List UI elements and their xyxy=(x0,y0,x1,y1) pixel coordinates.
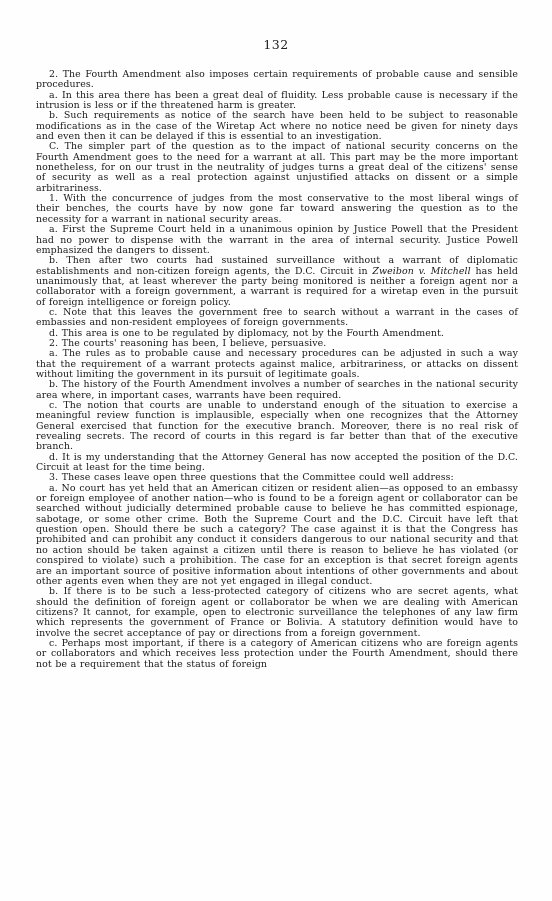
paragraph: c. The notion that courts are unable to … xyxy=(36,401,518,453)
paragraph: c. Note that this leaves the government … xyxy=(36,308,518,329)
document-page: 132 2. The Fourth Amendment also imposes… xyxy=(0,0,552,901)
paragraph: 1. With the concurrence of judges from t… xyxy=(36,194,518,225)
paragraph: a. In this area there has been a great d… xyxy=(36,91,518,112)
paragraph: d. It is my understanding that the Attor… xyxy=(36,453,518,474)
paragraph: C. The simpler part of the question as t… xyxy=(36,142,518,194)
paragraph: b. Such requirements as notice of the se… xyxy=(36,111,518,142)
text-body: 2. The Fourth Amendment also imposes cer… xyxy=(36,70,518,670)
paragraph: b. Then after two courts had sustained s… xyxy=(36,256,518,308)
paragraph: c. Perhaps most important, if there is a… xyxy=(36,639,518,670)
page-number: 132 xyxy=(0,37,552,52)
paragraph: 2. The Fourth Amendment also imposes cer… xyxy=(36,70,518,91)
case-citation: Zweibon v. Mitchell xyxy=(372,266,470,277)
paragraph: b. If there is to be such a less-protect… xyxy=(36,587,518,639)
paragraph: b. The history of the Fourth Amendment i… xyxy=(36,380,518,401)
paragraph: a. No court has yet held that an America… xyxy=(36,484,518,587)
paragraph: a. The rules as to probable cause and ne… xyxy=(36,349,518,380)
paragraph: a. First the Supreme Court held in a una… xyxy=(36,225,518,256)
